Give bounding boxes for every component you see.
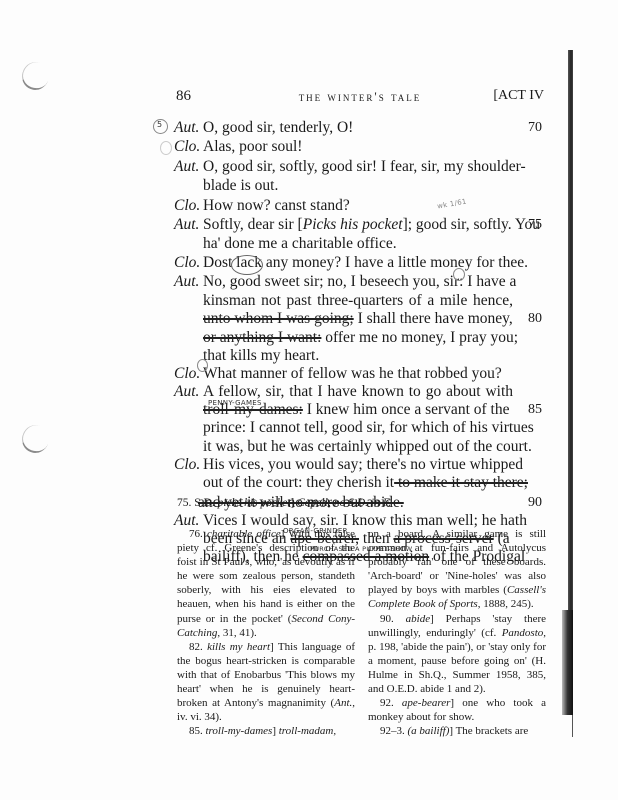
note-label: S.D. [194,497,214,509]
textual-note: 75. S.D. picks his pocket] Capell; no S.… [177,497,391,509]
note-number: 82. [189,641,203,653]
commentary-right-column: on a board. A similar game is still comm… [368,527,546,738]
line-text: prince: I cannot tell, good sir, for whi… [203,419,513,437]
stage-direction: Picks his pocket [303,216,403,233]
struck-text: or anything I want: [203,329,321,346]
text-segment: I shall there have money, [354,310,513,327]
note-number: 75. [177,497,191,509]
scan-edge-shadow-lower [562,610,573,715]
speaker: Clo. [174,456,200,474]
line-text: ha' done me a charitable office. [203,235,513,253]
note-lemma: picks his pocket [218,497,291,509]
commentary-note: 82. kills my heart] This language of the… [177,640,355,725]
note-lemma: ape-bearer [402,697,450,709]
note-number: 90. [380,613,394,625]
note-lemma: kills my heart [207,641,270,653]
line-text: How now? canst stand? [203,197,513,215]
line-text: or anything I want: offer me no money, I… [203,329,513,347]
line-text: O, good sir, softly, good sir! I fear, s… [203,158,513,176]
commentary-note: 92–3. (a bailiff)] The brackets are [368,724,546,738]
scan-edge-tail [572,715,573,737]
line-text: out of the court: they cherish it to mak… [203,474,513,492]
binder-hole-bottom [18,421,53,457]
line-text: that kills my heart. [203,347,513,365]
speaker: Clo. [174,197,200,215]
running-header: 86 THE WINTER'S TALE [ACT IV [176,88,544,106]
note-citation: Pandosto [502,627,544,639]
margin-circle-number: 5 [157,120,162,129]
margin-circle-mark [160,141,172,155]
note-tail: , 1888, 245). [478,598,534,610]
line-text: No, good sweet sir; no, I beseech you, s… [203,273,513,291]
line-number: 85 [528,401,542,419]
note-citation: troll-madam, [279,725,336,737]
line-text: kinsman not past three-quarters of a mil… [203,292,513,310]
line-text: blade is out. [203,177,513,195]
speaker: Aut. [174,273,199,291]
commentary-note: 90. abide] Perhaps 'stay there unwilling… [368,612,546,697]
speaker: Clo. [174,138,200,156]
running-title: THE WINTER'S TALE [176,89,544,105]
commentary-note: on a board. A similar game is still comm… [368,527,546,612]
line-text: unto whom I was going; I shall there hav… [203,310,513,328]
speaker: Clo. [174,254,200,272]
struck-text: unto whom I was going; [203,310,354,327]
speaker: Aut. [174,119,199,137]
note-citation: Ant. [334,697,352,709]
note-tail: , 31, 41). [217,627,256,639]
speaker: Aut. [174,158,199,176]
text-segment: ]; good sir, softly. You [403,216,540,233]
line-number: 80 [528,310,542,328]
text-segment: out of the court: they cherish it [203,474,394,491]
note-text: ] With this false piety cf. Greene's des… [177,528,355,625]
line-text: Alas, poor soul! [203,138,513,156]
note-lemma: charitable office [207,528,281,540]
note-number: 92–3. [380,725,405,737]
text-segment: I knew him once a servant of the [303,401,510,418]
handwritten-penny-games: PENNY-GAMES [208,399,262,407]
commentary-note: 85. troll-my-dames] troll-madam, [177,724,355,738]
punctuation-circle [453,268,465,281]
line-text: Softly, dear sir [Picks his pocket]; goo… [203,216,513,234]
note-number: 92. [380,697,394,709]
note-text: ] The brackets are [449,725,528,737]
act-marker: [ACT IV [493,88,544,104]
line-text: His vices, you would say; there's no vir… [203,456,513,474]
note-number: 76. [189,528,203,540]
speaker: Aut. [174,216,199,234]
line-number: 75 [528,216,542,234]
commentary-left-column: 76. charitable office] With this false p… [177,527,355,738]
commentary-note: 76. charitable office] With this false p… [177,527,355,640]
line-text: What manner of fellow was he that robbed… [203,365,513,383]
note-text: ] one who took a monkey about for show. [368,697,546,723]
word-circle-lack [231,255,263,275]
note-lemma: (a bailiff) [408,725,450,737]
speaker: Aut. [174,383,199,401]
line-number: 90 [528,494,542,512]
commentary-note: 92. ape-bearer] one who took a monkey ab… [368,696,546,724]
text-segment: Softly, dear sir [ [203,216,303,233]
line-text: it was, but he was certainly whipped out… [203,438,513,456]
note-rest: no S.D. in F. [334,497,391,509]
line-text: O, good sir, tenderly, O! [203,119,513,137]
note-lemma: troll-my-dames [206,725,273,737]
struck-text: to make it stay there; [394,474,528,491]
line-number: 70 [528,119,542,137]
binder-hole-top [18,58,53,94]
text-segment: offer me no money, I pray you; [321,329,518,346]
note-number: 85. [189,725,203,737]
note-lemma: abide [406,613,430,625]
note-source: Capell [297,497,328,509]
punctuation-circle [197,359,208,372]
